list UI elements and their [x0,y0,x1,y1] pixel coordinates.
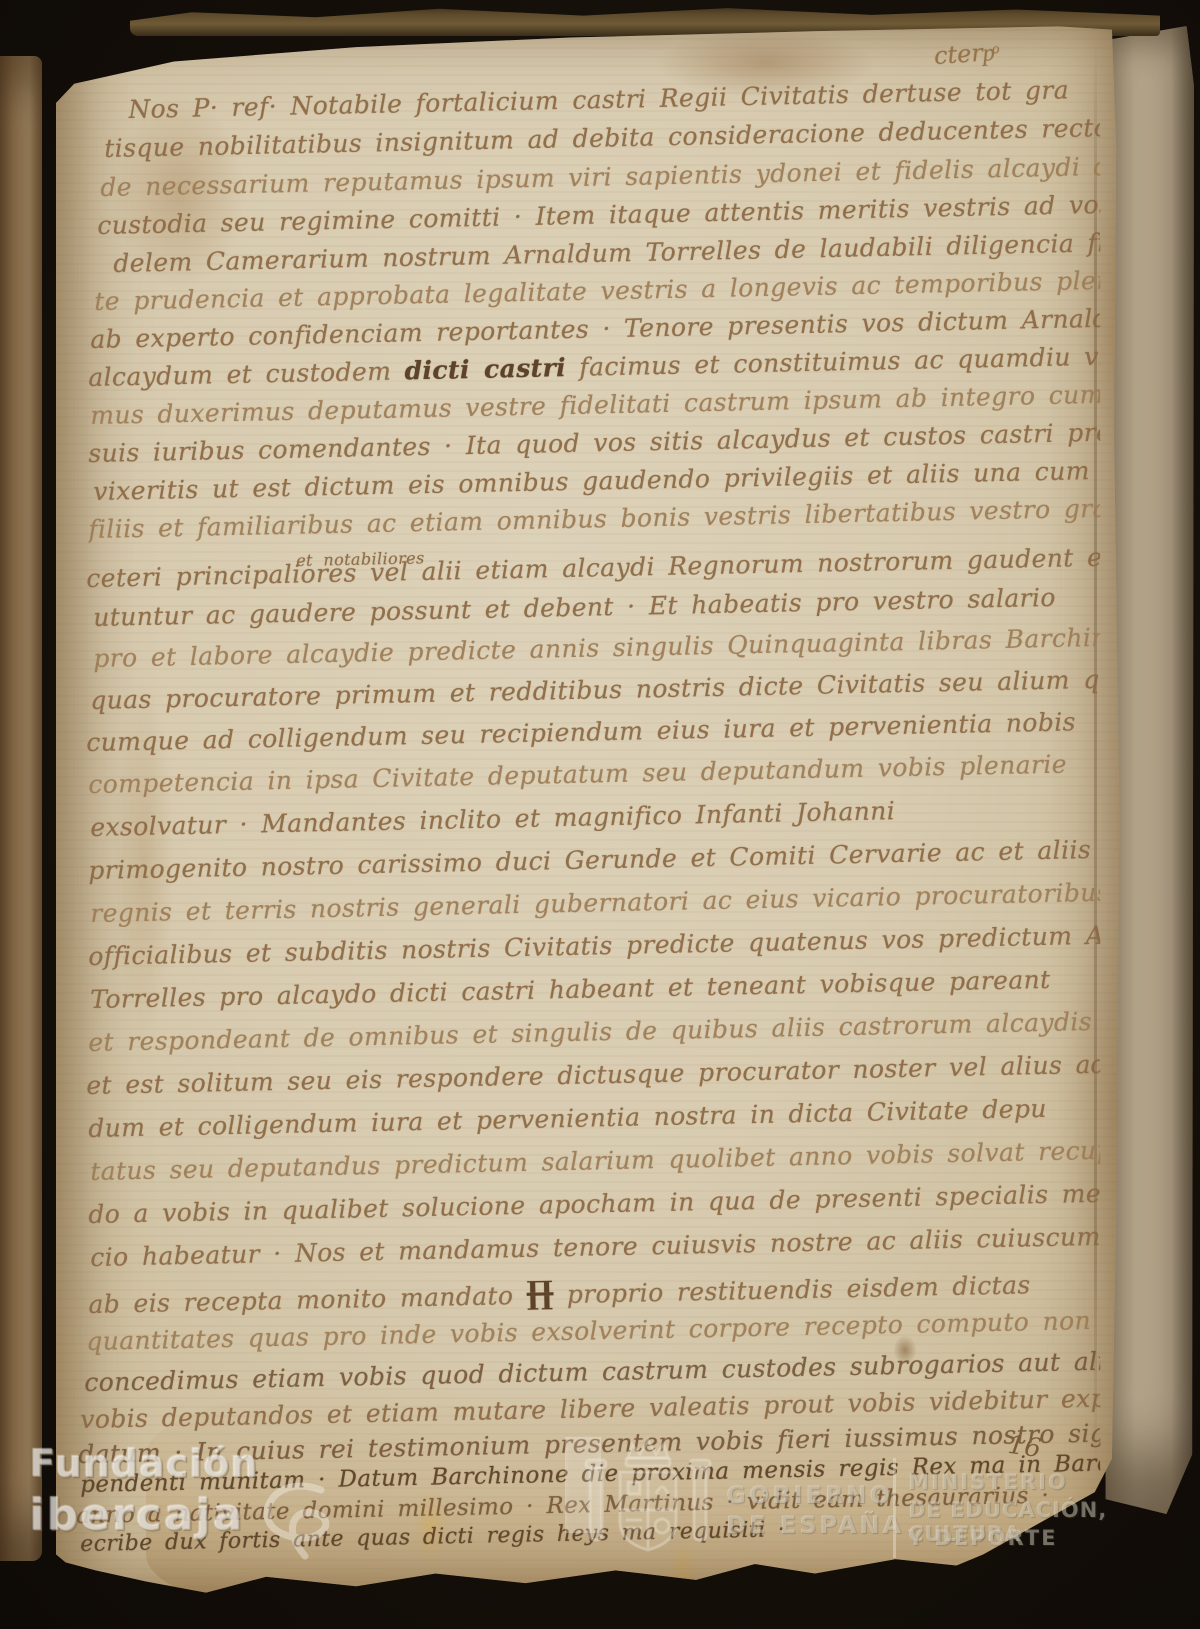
page-crease [1094,40,1097,1470]
stain [656,28,876,98]
facing-page-edge [0,56,42,1561]
digitized-manuscript-scan: { "document": { "folio_annotation": "cte… [0,0,1200,1629]
folio-annotation: cterpͦ [933,38,996,71]
stain [1108,1510,1142,1590]
stain [416,1490,446,1560]
stain [668,1540,698,1606]
stain [146,1380,1126,1629]
manuscript-page [56,20,1128,1615]
stain [114,98,244,288]
stain [114,680,174,1040]
marginal-mark: 16 [1006,1430,1043,1464]
ink-blot [894,1336,916,1364]
